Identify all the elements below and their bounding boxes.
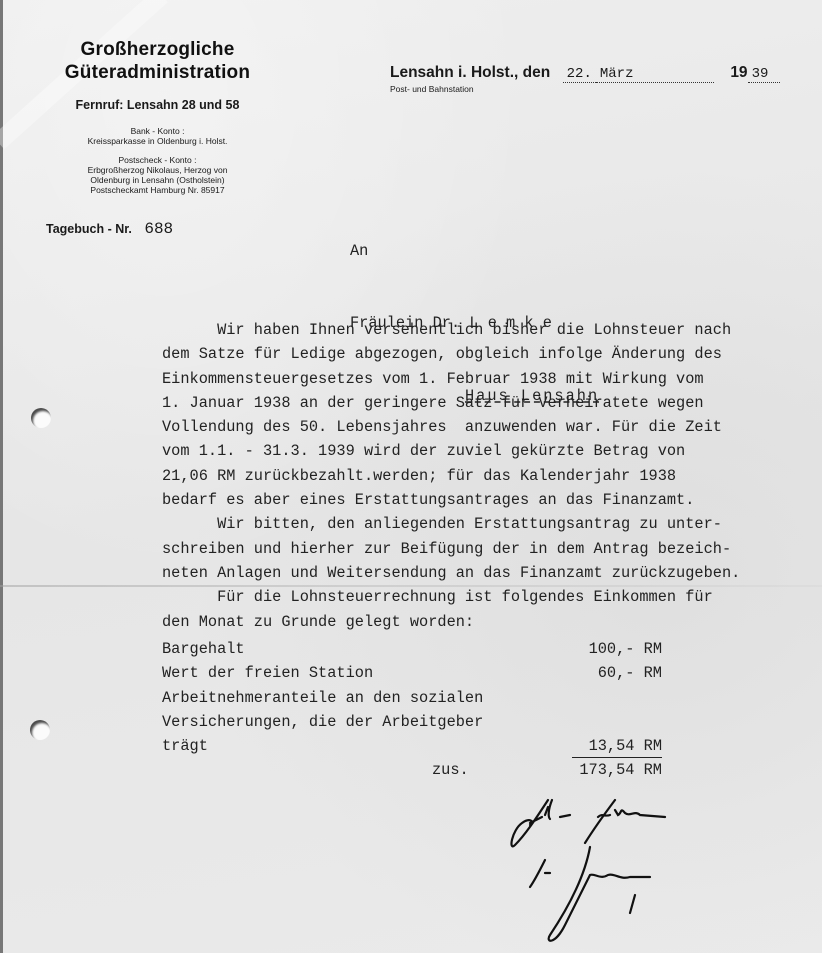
letterhead: Großherzogliche Güteradministration Fern…	[40, 38, 275, 195]
bank-label: Bank - Konto :	[40, 126, 275, 136]
income-label: Wert der freien Station	[162, 661, 373, 685]
phone-number: Fernruf: Lensahn 28 und 58	[40, 98, 275, 112]
journal-number: Tagebuch - Nr. 688	[46, 220, 173, 238]
income-amount	[572, 686, 662, 710]
body-line: 21,06 RM zurückbezahlt.werden; für das K…	[162, 464, 740, 488]
postscheck-line: Postscheckamt Hamburg Nr. 85917	[40, 185, 275, 195]
station-note: Post- und Bahnstation	[390, 84, 474, 94]
org-name-line1: Großherzogliche	[40, 38, 275, 61]
income-label: Versicherungen, die der Arbeitgeber	[162, 710, 483, 734]
income-row: Bargehalt100,- RM	[162, 637, 662, 661]
body-line: Wir haben Ihnen versehentlich bisher die…	[162, 318, 740, 342]
journal-number-value: 688	[144, 220, 173, 238]
bank-value: Kreissparkasse in Oldenburg i. Holst.	[40, 136, 275, 146]
income-amount: 100,- RM	[572, 637, 662, 661]
income-table: Bargehalt100,- RMWert der freien Station…	[162, 637, 662, 783]
income-amount	[572, 710, 662, 734]
body-line: den Monat zu Grunde gelegt worden:	[162, 610, 740, 634]
income-amount: 60,- RM	[572, 661, 662, 685]
signatures	[490, 795, 690, 945]
body-line: schreiben und hierher zur Beifügung der …	[162, 537, 740, 561]
total-label: zus.	[432, 758, 469, 782]
body-line: Vollendung des 50. Lebensjahres anzuwend…	[162, 415, 740, 439]
income-row: Wert der freien Station60,- RM	[162, 661, 662, 685]
date-month: März	[596, 66, 714, 83]
body-line: bedarf es aber eines Erstattungsantrages…	[162, 488, 740, 512]
income-label: Arbeitnehmeranteile an den sozialen	[162, 686, 483, 710]
income-row: Arbeitnehmeranteile an den sozialen	[162, 686, 662, 710]
income-total-row: zus.173,54 RM	[162, 758, 662, 782]
body-line: neten Anlagen und Weitersendung an das F…	[162, 561, 740, 585]
body-line: Wir bitten, den anliegenden Erstattungsa…	[162, 512, 740, 536]
postscheck-line: Oldenburg in Lensahn (Ostholstein)	[40, 175, 275, 185]
punch-hole	[30, 720, 50, 740]
punch-hole	[31, 408, 51, 428]
total-amount: 173,54 RM	[572, 758, 662, 782]
body-line: dem Satze für Ledige abgezogen, obgleich…	[162, 342, 740, 366]
income-amount: 13,54 RM	[572, 734, 662, 758]
income-row: trägt13,54 RM	[162, 734, 662, 758]
org-name-line2: Güteradministration	[40, 61, 275, 84]
journal-number-label: Tagebuch - Nr.	[46, 222, 132, 236]
income-label: Bargehalt	[162, 637, 245, 661]
body-line: Für die Lohnsteuerrechnung ist folgendes…	[162, 585, 740, 609]
body-line: vom 1.1. - 31.3. 1939 wird der zuviel ge…	[162, 439, 740, 463]
body-line: 1. Januar 1938 an der geringere Satz für…	[162, 391, 740, 415]
dateline: Lensahn i. Holst., den 22.März 1939	[390, 64, 780, 83]
year-prefix: 19	[730, 64, 747, 81]
postscheck-label: Postscheck - Konto :	[40, 155, 275, 165]
income-label: trägt	[162, 734, 208, 758]
date-day: 22.	[563, 66, 596, 83]
postscheck-line: Erbgroßherzog Nikolaus, Herzog von	[40, 165, 275, 175]
place-label: Lensahn i. Holst., den	[390, 64, 550, 81]
body-line: Einkommensteuergesetzes vom 1. Februar 1…	[162, 367, 740, 391]
year-suffix: 39	[748, 66, 780, 83]
letter-body: Wir haben Ihnen versehentlich bisher die…	[162, 318, 740, 634]
income-row: Versicherungen, die der Arbeitgeber	[162, 710, 662, 734]
salutation: An	[350, 239, 599, 263]
